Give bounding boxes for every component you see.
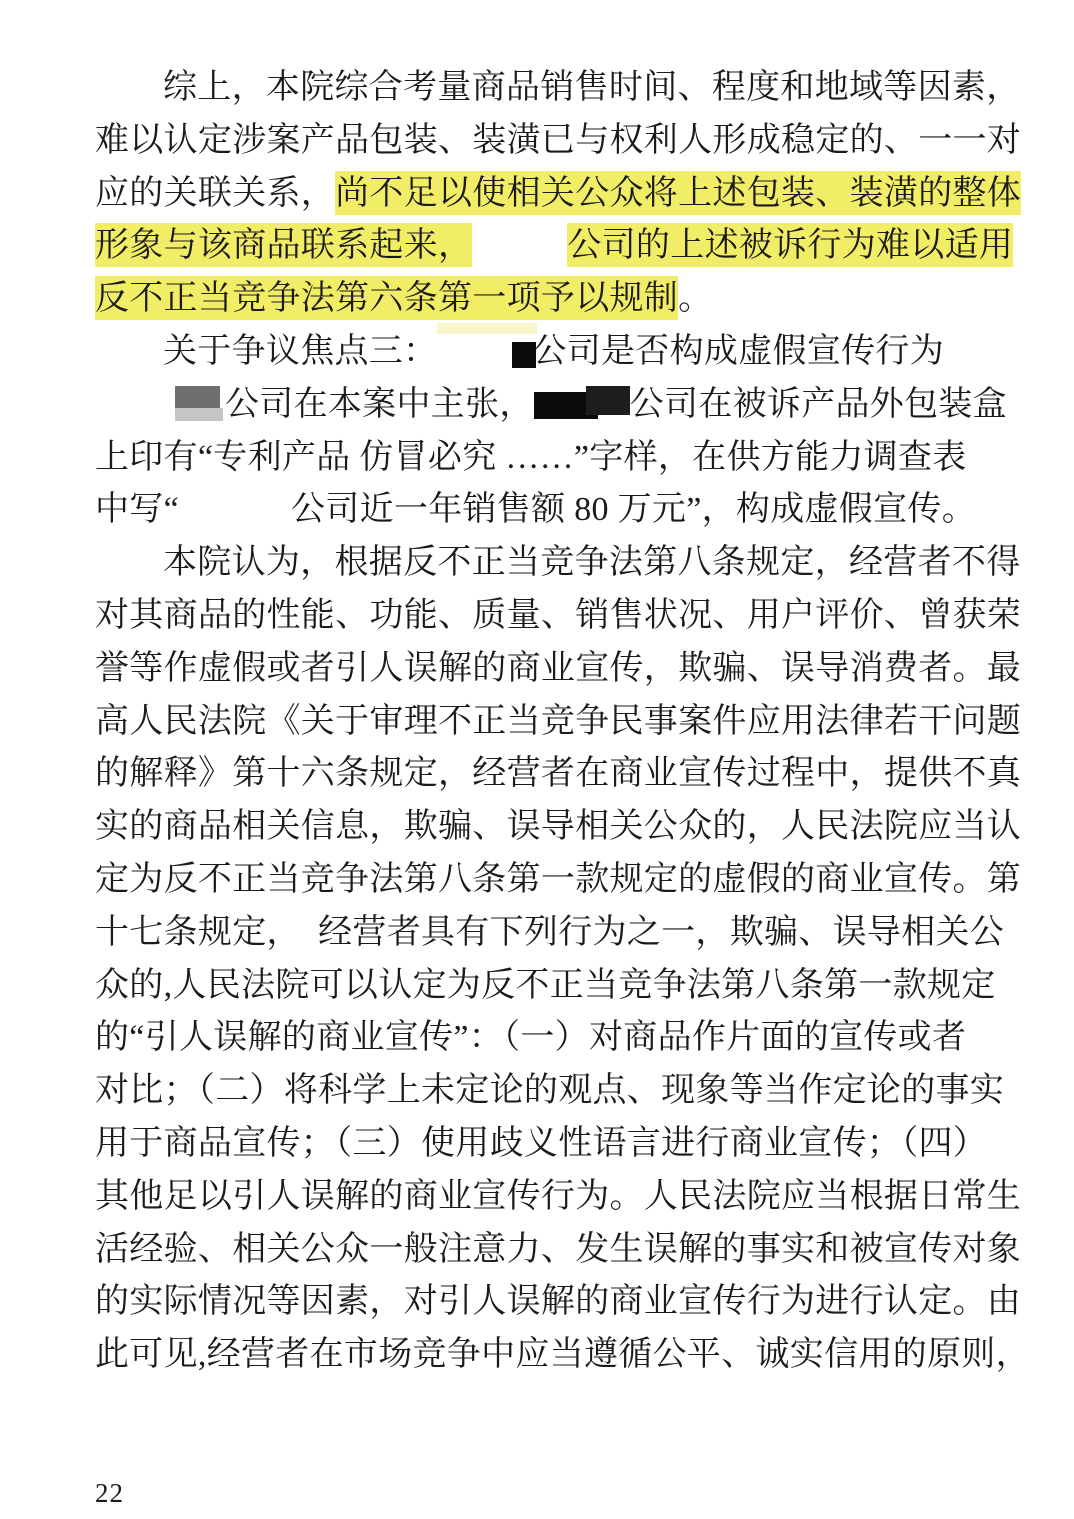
text-line: 应的关联关系，尚不足以使相关公众将上述包装、装潢的整体 [95, 168, 1005, 221]
text-line: 上印有“专利产品 仿冒必究 ……”字样，在供方能力调查表 [95, 432, 1005, 485]
text-line: 定为反不正当竞争法第八条第一款规定的虚假的商业宣传。第 [95, 854, 1005, 907]
body-text: 公司在本案中主张， [225, 386, 534, 423]
body-text: 难以认定涉案产品包装、装潢已与权利人形成稳定的、一一对 [95, 122, 1021, 159]
body-text: 公司近一年销售额 80 万元”，构成虚假宣传。 [291, 491, 976, 528]
body-text: 上印有“专利产品 仿冒必究 ……”字样，在供方能力调查表 [95, 439, 967, 476]
document-page: 综上，本院综合考量商品销售时间、程度和地域等因素，难以认定涉案产品包装、装潢已与… [0, 0, 1074, 1519]
text-line: 中写“公司近一年销售额 80 万元”，构成虚假宣传。 [95, 484, 1005, 537]
body-text: 定为反不正当竞争法第八条第一款规定的虚假的商业宣传。第 [95, 861, 1021, 898]
body-text: 高人民法院《关于审理不正当竞争民事案件应用法律若干问题 [95, 703, 1021, 740]
body-text: 其他足以引人误解的商业宣传行为。人民法院应当根据日常生 [95, 1178, 1021, 1215]
body-text: 本院认为，根据反不正当竞争法第八条规定，经营者不得 [163, 544, 1021, 581]
highlighted-text: 反不正当竞争法第六条第一项予以规制 [95, 276, 678, 320]
text-line: 公司在本案中主张，公司在被诉产品外包装盒 [95, 379, 1005, 432]
body-text: 公司是否构成虚假宣传行为 [532, 333, 944, 370]
body-text: 。 [678, 280, 712, 317]
body-text: 此可见,经营者在市场竞争中应当遵循公平、诚实信用的原则， [95, 1336, 1030, 1373]
text-line: 其他足以引人误解的商业宣传行为。人民法院应当根据日常生 [95, 1171, 1005, 1224]
text-line: 关于争议焦点三：公司是否构成虚假宣传行为 [95, 326, 1005, 379]
body-text: 的实际情况等因素，对引人误解的商业宣传行为进行认定。由 [95, 1283, 1021, 1320]
body-text: 众的,人民法院可以认定为反不正当竞争法第八条第一款规定 [95, 967, 996, 1004]
text-line: 活经验、相关公众一般注意力、发生误解的事实和被宣传对象 [95, 1224, 1005, 1277]
text-line: 高人民法院《关于审理不正当竞争民事案件应用法律若干问题 [95, 696, 1005, 749]
text-line: 誉等作虚假或者引人误解的商业宣传，欺骗、误导消费者。最 [95, 643, 1005, 696]
text-line: 本院认为，根据反不正当竞争法第八条规定，经营者不得 [95, 537, 1005, 590]
body-text: 对其商品的性能、功能、质量、销售状况、用户评价、曾获荣 [95, 597, 1021, 634]
redaction-pale-strip-and-black-square [437, 327, 532, 369]
text-line: 形象与该商品联系起来，公司的上述被诉行为难以适用 [95, 220, 1005, 273]
text-line: 对比；（二）将科学上未定论的观点、现象等当作定论的事实 [95, 1065, 1005, 1118]
page-number: 22 [95, 1478, 124, 1509]
text-line: 用于商品宣传；（三）使用歧义性语言进行商业宣传；（四） [95, 1118, 1005, 1171]
redacted-blank-gap [472, 254, 567, 256]
body-text: 中写“ [95, 491, 179, 528]
text-block: 综上，本院综合考量商品销售时间、程度和地域等因素，难以认定涉案产品包装、装潢已与… [95, 62, 1005, 1382]
text-line: 此可见,经营者在市场竞争中应当遵循公平、诚实信用的原则， [95, 1329, 1005, 1382]
text-line: 的实际情况等因素，对引人误解的商业宣传行为进行认定。由 [95, 1276, 1005, 1329]
black-redaction-square [512, 342, 536, 368]
black-redaction-right [586, 386, 630, 415]
text-line: 众的,人民法院可以认定为反不正当竞争法第八条第一款规定 [95, 960, 1005, 1013]
text-line: 十七条规定， 经营者具有下列行为之一，欺骗、误导相关公 [95, 907, 1005, 960]
highlighted-text: 形象与该商品联系起来， [95, 223, 472, 267]
pale-highlight-strip [437, 323, 537, 334]
body-text: 的解释》第十六条规定，经营者在商业宣传过程中，提供不真 [95, 755, 1021, 792]
body-text: 关于争议焦点三： [163, 333, 437, 370]
body-text: 应的关联关系， [95, 175, 335, 212]
text-line: 对其商品的性能、功能、质量、销售状况、用户评价、曾获荣 [95, 590, 1005, 643]
body-text: 公司在被诉产品外包装盒 [630, 386, 1007, 423]
highlighted-text: 尚不足以使相关公众将上述包装、装潢的整体 [335, 171, 1021, 215]
dark-gray-redaction [175, 386, 220, 408]
redacted-blank-gap [179, 518, 291, 520]
text-line: 的“引人误解的商业宣传”：（一）对商品作片面的宣传或者 [95, 1012, 1005, 1065]
light-gray-redaction [175, 408, 223, 421]
body-text: 誉等作虚假或者引人误解的商业宣传，欺骗、误导消费者。最 [95, 650, 1021, 687]
body-text: 综上，本院综合考量商品销售时间、程度和地域等因素， [163, 69, 1021, 106]
text-line: 的解释》第十六条规定，经营者在商业宣传过程中，提供不真 [95, 748, 1005, 801]
body-text: 实的商品相关信息，欺骗、误导相关公众的，人民法院应当认 [95, 808, 1021, 845]
body-text: 对比；（二）将科学上未定论的观点、现象等当作定论的事实 [95, 1072, 1004, 1109]
body-text: 的“引人误解的商业宣传”：（一）对商品作片面的宣传或者 [95, 1019, 966, 1056]
body-text: 用于商品宣传；（三）使用歧义性语言进行商业宣传；（四） [95, 1125, 987, 1162]
body-text: 活经验、相关公众一般注意力、发生误解的事实和被宣传对象 [95, 1231, 1021, 1268]
text-line: 反不正当竞争法第六条第一项予以规制。 [95, 273, 1005, 326]
text-line: 综上，本院综合考量商品销售时间、程度和地域等因素， [95, 62, 1005, 115]
highlighted-text: 公司的上述被诉行为难以适用 [567, 223, 1013, 267]
text-line: 实的商品相关信息，欺骗、误导相关公众的，人民法院应当认 [95, 801, 1005, 854]
redaction-black-block [534, 386, 630, 420]
redaction-gray-block [175, 386, 223, 424]
body-text: 十七条规定， 经营者具有下列行为之一，欺骗、误导相关公 [95, 914, 1004, 951]
text-line: 难以认定涉案产品包装、装潢已与权利人形成稳定的、一一对 [95, 115, 1005, 168]
